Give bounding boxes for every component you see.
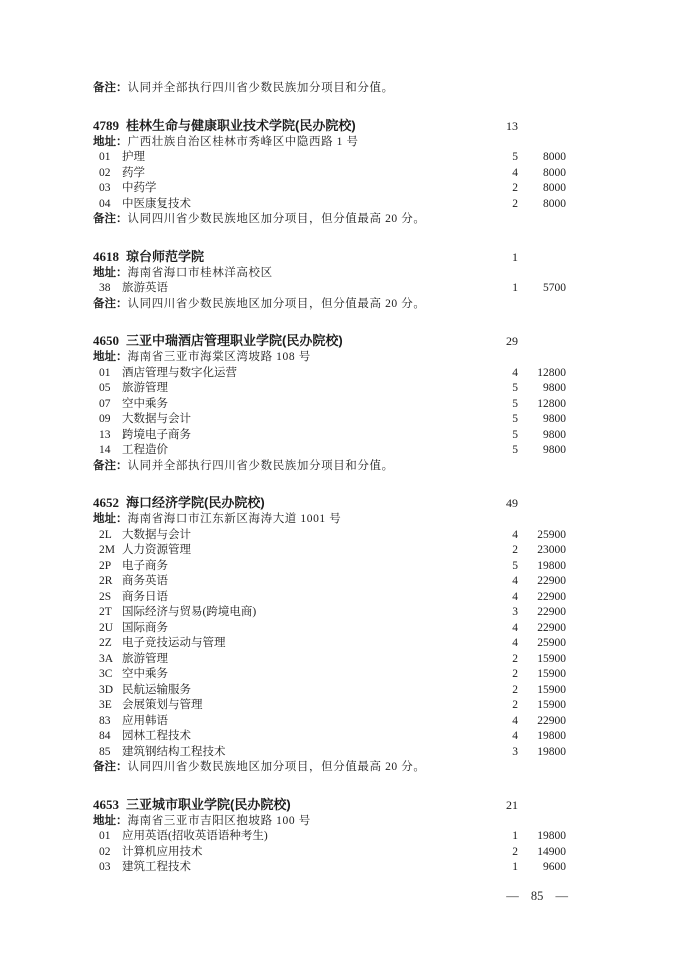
major-row: 01护理 5 8000 [93, 150, 566, 166]
major-fee: 25900 [518, 636, 566, 652]
major-quota: 4 [488, 729, 518, 745]
institution-name: 琼台师范学院 [126, 249, 204, 264]
majors-list: 2L大数据与会计 4 25900 2M人力资源管理 2 23000 2P电子商务… [93, 528, 566, 761]
major-code: 85 [99, 745, 116, 761]
remark-label: 备注： [93, 213, 128, 225]
major-name: 会展策划与管理 [122, 699, 203, 711]
majors-list: 38旅游英语 1 5700 [93, 281, 566, 297]
institution-section: 4652海口经济学院(民办院校) 49 地址：海南省海口市江东新区海涛大道 10… [93, 494, 566, 776]
section-remark: 备注：认同四川省少数民族地区加分项目，但分值最高 20 分。 [93, 297, 566, 313]
major-fee: 22900 [518, 574, 566, 590]
major-quota: 5 [488, 412, 518, 428]
majors-list: 01酒店管理与数字化运营 4 12800 05旅游管理 5 9800 07空中乘… [93, 366, 566, 459]
remark-text: 认同四川省少数民族地区加分项目，但分值最高 20 分。 [128, 213, 426, 225]
major-fee: 8000 [518, 197, 566, 213]
major-row: 2M人力资源管理 2 23000 [93, 543, 566, 559]
major-quota: 5 [488, 381, 518, 397]
major-row: 2R商务英语 4 22900 [93, 574, 566, 590]
major-fee: 8000 [518, 166, 566, 182]
major-title: 2P电子商务 [99, 559, 488, 575]
institution-header: 4653三亚城市职业学院(民办院校) 21 [93, 796, 566, 814]
major-code: 3A [99, 652, 116, 668]
page-number: — 85 — [506, 889, 568, 904]
top-remark-label: 备注： [93, 82, 128, 94]
major-title: 13跨境电子商务 [99, 428, 488, 444]
major-name: 工程造价 [122, 444, 168, 456]
major-quota: 1 [488, 860, 518, 876]
major-code: 09 [99, 412, 116, 428]
address-label: 地址： [93, 351, 128, 363]
major-quota: 2 [488, 181, 518, 197]
section-remark: 备注：认同四川省少数民族地区加分项目，但分值最高 20 分。 [93, 212, 566, 228]
major-row: 83应用韩语 4 22900 [93, 714, 566, 730]
major-row: 02药学 4 8000 [93, 166, 566, 182]
major-quota: 5 [488, 559, 518, 575]
major-code: 01 [99, 150, 116, 166]
remark-text: 认同并全部执行四川省少数民族加分项目和分值。 [128, 460, 394, 472]
major-row: 3A旅游管理 2 15900 [93, 652, 566, 668]
major-code: 05 [99, 381, 116, 397]
major-code: 2L [99, 528, 116, 544]
major-row: 3D民航运输服务 2 15900 [93, 683, 566, 699]
institution-header: 4650三亚中瑞酒店管理职业学院(民办院校) 29 [93, 332, 566, 350]
institution-name: 海口经济学院(民办院校) [126, 495, 265, 510]
major-fee: 19800 [518, 559, 566, 575]
major-name: 中药学 [122, 182, 157, 194]
section-remark: 备注：认同并全部执行四川省少数民族加分项目和分值。 [93, 459, 566, 475]
major-row: 03中药学 2 8000 [93, 181, 566, 197]
major-name: 空中乘务 [122, 668, 168, 680]
institution-name: 桂林生命与健康职业技术学院(民办院校) [126, 118, 356, 133]
major-title: 02计算机应用技术 [99, 845, 488, 861]
major-fee: 23000 [518, 543, 566, 559]
major-quota: 5 [488, 150, 518, 166]
major-code: 83 [99, 714, 116, 730]
major-fee: 15900 [518, 683, 566, 699]
major-name: 电子竞技运动与管理 [122, 637, 226, 649]
major-code: 14 [99, 443, 116, 459]
major-code: 3C [99, 667, 116, 683]
major-row: 2S商务日语 4 22900 [93, 590, 566, 606]
major-row: 2L大数据与会计 4 25900 [93, 528, 566, 544]
major-name: 人力资源管理 [122, 544, 191, 556]
major-fee: 15900 [518, 652, 566, 668]
major-row: 2P电子商务 5 19800 [93, 559, 566, 575]
major-row: 38旅游英语 1 5700 [93, 281, 566, 297]
sections: 4789桂林生命与健康职业技术学院(民办院校) 13 地址：广西壮族自治区桂林市… [93, 117, 566, 876]
major-row: 05旅游管理 5 9800 [93, 381, 566, 397]
major-name: 旅游英语 [122, 282, 168, 294]
major-quota: 3 [488, 605, 518, 621]
major-fee: 12800 [518, 397, 566, 413]
major-code: 03 [99, 860, 116, 876]
institution-total: 21 [488, 797, 518, 814]
major-quota: 2 [488, 845, 518, 861]
major-title: 02药学 [99, 166, 488, 182]
major-fee: 22900 [518, 621, 566, 637]
major-title: 2R商务英语 [99, 574, 488, 590]
institution-title: 4652海口经济学院(民办院校) [93, 494, 488, 511]
institution-total: 49 [488, 495, 518, 512]
major-quota: 2 [488, 197, 518, 213]
institution-section: 4618琼台师范学院 1 地址：海南省海口市桂林洋高校区 38旅游英语 1 57… [93, 248, 566, 313]
institution-address: 地址：海南省海口市江东新区海涛大道 1001 号 [93, 512, 566, 528]
document-page: 备注：认同并全部执行四川省少数民族加分项目和分值。 4789桂林生命与健康职业技… [0, 0, 680, 961]
major-title: 3C空中乘务 [99, 667, 488, 683]
major-code: 2Z [99, 636, 116, 652]
institution-title: 4650三亚中瑞酒店管理职业学院(民办院校) [93, 332, 488, 349]
major-fee: 9800 [518, 381, 566, 397]
major-fee: 12800 [518, 366, 566, 382]
major-row: 13跨境电子商务 5 9800 [93, 428, 566, 444]
major-name: 药学 [122, 167, 145, 179]
major-row: 3E会展策划与管理 2 15900 [93, 698, 566, 714]
major-title: 2L大数据与会计 [99, 528, 488, 544]
address-label: 地址： [93, 136, 128, 148]
major-title: 85建筑钢结构工程技术 [99, 745, 488, 761]
majors-list: 01护理 5 8000 02药学 4 8000 03中药学 2 8000 04中… [93, 150, 566, 212]
major-fee: 8000 [518, 150, 566, 166]
majors-list: 01应用英语(招收英语语种考生) 1 19800 02计算机应用技术 2 149… [93, 829, 566, 876]
major-row: 03建筑工程技术 1 9600 [93, 860, 566, 876]
major-quota: 5 [488, 397, 518, 413]
institution-header: 4652海口经济学院(民办院校) 49 [93, 494, 566, 512]
major-name: 国际经济与贸易(跨境电商) [122, 606, 256, 618]
institution-total: 29 [488, 333, 518, 350]
top-remark-text: 认同并全部执行四川省少数民族加分项目和分值。 [128, 82, 394, 94]
institution-title: 4789桂林生命与健康职业技术学院(民办院校) [93, 117, 488, 134]
major-quota: 1 [488, 829, 518, 845]
institution-total: 13 [488, 118, 518, 135]
major-fee: 25900 [518, 528, 566, 544]
major-quota: 4 [488, 621, 518, 637]
address-text: 海南省海口市桂林洋高校区 [128, 267, 273, 279]
major-code: 2R [99, 574, 116, 590]
major-fee: 19800 [518, 829, 566, 845]
remark-text: 认同四川省少数民族地区加分项目，但分值最高 20 分。 [128, 761, 426, 773]
institution-header: 4789桂林生命与健康职业技术学院(民办院校) 13 [93, 117, 566, 135]
major-fee: 9800 [518, 428, 566, 444]
address-label: 地址： [93, 267, 128, 279]
major-name: 建筑钢结构工程技术 [122, 746, 226, 758]
major-name: 旅游管理 [122, 653, 168, 665]
major-fee: 22900 [518, 605, 566, 621]
major-row: 2U国际商务 4 22900 [93, 621, 566, 637]
major-code: 07 [99, 397, 116, 413]
major-code: 2T [99, 605, 116, 621]
major-quota: 2 [488, 652, 518, 668]
major-title: 05旅游管理 [99, 381, 488, 397]
major-name: 应用英语(招收英语语种考生) [122, 830, 268, 842]
major-row: 02计算机应用技术 2 14900 [93, 845, 566, 861]
major-code: 2P [99, 559, 116, 575]
institution-code: 4789 [93, 118, 119, 133]
institution-address: 地址：海南省三亚市海棠区湾坡路 108 号 [93, 350, 566, 366]
content-area: 备注：认同并全部执行四川省少数民族加分项目和分值。 4789桂林生命与健康职业技… [93, 81, 566, 876]
major-code: 2U [99, 621, 116, 637]
major-name: 商务日语 [122, 591, 168, 603]
major-name: 电子商务 [122, 560, 168, 572]
major-code: 01 [99, 366, 116, 382]
major-code: 02 [99, 845, 116, 861]
major-title: 07空中乘务 [99, 397, 488, 413]
major-name: 护理 [122, 151, 145, 163]
major-quota: 5 [488, 428, 518, 444]
major-name: 建筑工程技术 [122, 861, 191, 873]
major-row: 07空中乘务 5 12800 [93, 397, 566, 413]
major-fee: 19800 [518, 729, 566, 745]
major-title: 01酒店管理与数字化运营 [99, 366, 488, 382]
institution-section: 4789桂林生命与健康职业技术学院(民办院校) 13 地址：广西壮族自治区桂林市… [93, 117, 566, 228]
major-name: 酒店管理与数字化运营 [122, 367, 237, 379]
major-row: 01酒店管理与数字化运营 4 12800 [93, 366, 566, 382]
major-code: 38 [99, 281, 116, 297]
major-row: 04中医康复技术 2 8000 [93, 197, 566, 213]
address-text: 海南省三亚市海棠区湾坡路 108 号 [128, 351, 311, 363]
major-quota: 5 [488, 443, 518, 459]
major-name: 计算机应用技术 [122, 846, 203, 858]
major-fee: 22900 [518, 590, 566, 606]
major-name: 大数据与会计 [122, 413, 191, 425]
major-quota: 3 [488, 745, 518, 761]
institution-code: 4650 [93, 333, 119, 348]
major-title: 38旅游英语 [99, 281, 488, 297]
address-text: 海南省海口市江东新区海涛大道 1001 号 [128, 513, 342, 525]
major-fee: 15900 [518, 667, 566, 683]
major-quota: 4 [488, 590, 518, 606]
major-quota: 2 [488, 543, 518, 559]
major-row: 3C空中乘务 2 15900 [93, 667, 566, 683]
address-text: 广西壮族自治区桂林市秀峰区中隐西路 1 号 [128, 136, 359, 148]
major-fee: 9600 [518, 860, 566, 876]
institution-code: 4618 [93, 249, 119, 264]
major-title: 09大数据与会计 [99, 412, 488, 428]
top-remark: 备注：认同并全部执行四川省少数民族加分项目和分值。 [93, 81, 566, 97]
major-row: 2T国际经济与贸易(跨境电商) 3 22900 [93, 605, 566, 621]
institution-name: 三亚城市职业学院(民办院校) [126, 797, 291, 812]
major-code: 2S [99, 590, 116, 606]
major-code: 04 [99, 197, 116, 213]
major-title: 3E会展策划与管理 [99, 698, 488, 714]
major-fee: 5700 [518, 281, 566, 297]
major-fee: 9800 [518, 412, 566, 428]
major-title: 3A旅游管理 [99, 652, 488, 668]
major-title: 04中医康复技术 [99, 197, 488, 213]
remark-label: 备注： [93, 298, 128, 310]
address-label: 地址： [93, 513, 128, 525]
major-code: 84 [99, 729, 116, 745]
remark-text: 认同四川省少数民族地区加分项目，但分值最高 20 分。 [128, 298, 426, 310]
major-code: 3E [99, 698, 116, 714]
major-quota: 1 [488, 281, 518, 297]
major-row: 85建筑钢结构工程技术 3 19800 [93, 745, 566, 761]
institution-title: 4653三亚城市职业学院(民办院校) [93, 796, 488, 813]
major-title: 03建筑工程技术 [99, 860, 488, 876]
major-title: 2T国际经济与贸易(跨境电商) [99, 605, 488, 621]
major-title: 03中药学 [99, 181, 488, 197]
major-title: 3D民航运输服务 [99, 683, 488, 699]
institution-name: 三亚中瑞酒店管理职业学院(民办院校) [126, 333, 343, 348]
institution-header: 4618琼台师范学院 1 [93, 248, 566, 266]
institution-section: 4650三亚中瑞酒店管理职业学院(民办院校) 29 地址：海南省三亚市海棠区湾坡… [93, 332, 566, 474]
major-quota: 2 [488, 683, 518, 699]
address-text: 海南省三亚市吉阳区抱坡路 100 号 [128, 815, 311, 827]
major-title: 2M人力资源管理 [99, 543, 488, 559]
institution-address: 地址：海南省三亚市吉阳区抱坡路 100 号 [93, 814, 566, 830]
institution-title: 4618琼台师范学院 [93, 248, 488, 265]
remark-label: 备注： [93, 460, 128, 472]
major-name: 跨境电子商务 [122, 429, 191, 441]
major-code: 03 [99, 181, 116, 197]
major-title: 84园林工程技术 [99, 729, 488, 745]
major-code: 3D [99, 683, 116, 699]
major-title: 2S商务日语 [99, 590, 488, 606]
major-name: 园林工程技术 [122, 730, 191, 742]
major-name: 空中乘务 [122, 398, 168, 410]
major-fee: 14900 [518, 845, 566, 861]
major-row: 14工程造价 5 9800 [93, 443, 566, 459]
major-title: 01应用英语(招收英语语种考生) [99, 829, 488, 845]
major-name: 民航运输服务 [122, 684, 191, 696]
major-code: 13 [99, 428, 116, 444]
major-row: 84园林工程技术 4 19800 [93, 729, 566, 745]
major-quota: 4 [488, 528, 518, 544]
remark-label: 备注： [93, 761, 128, 773]
major-title: 2Z电子竞技运动与管理 [99, 636, 488, 652]
institution-address: 地址：海南省海口市桂林洋高校区 [93, 266, 566, 282]
major-name: 商务英语 [122, 575, 168, 587]
major-code: 2M [99, 543, 116, 559]
major-title: 2U国际商务 [99, 621, 488, 637]
major-name: 中医康复技术 [122, 198, 191, 210]
institution-section: 4653三亚城市职业学院(民办院校) 21 地址：海南省三亚市吉阳区抱坡路 10… [93, 796, 566, 876]
section-remark: 备注：认同四川省少数民族地区加分项目，但分值最高 20 分。 [93, 760, 566, 776]
major-quota: 4 [488, 714, 518, 730]
major-fee: 8000 [518, 181, 566, 197]
institution-code: 4653 [93, 797, 119, 812]
institution-address: 地址：广西壮族自治区桂林市秀峰区中隐西路 1 号 [93, 135, 566, 151]
major-row: 01应用英语(招收英语语种考生) 1 19800 [93, 829, 566, 845]
institution-total: 1 [488, 249, 518, 266]
major-code: 02 [99, 166, 116, 182]
major-name: 国际商务 [122, 622, 168, 634]
address-label: 地址： [93, 815, 128, 827]
major-title: 14工程造价 [99, 443, 488, 459]
major-quota: 4 [488, 166, 518, 182]
major-quota: 4 [488, 636, 518, 652]
major-quota: 4 [488, 366, 518, 382]
major-name: 旅游管理 [122, 382, 168, 394]
major-quota: 2 [488, 698, 518, 714]
major-name: 大数据与会计 [122, 529, 191, 541]
major-fee: 9800 [518, 443, 566, 459]
major-title: 83应用韩语 [99, 714, 488, 730]
major-row: 2Z电子竞技运动与管理 4 25900 [93, 636, 566, 652]
major-quota: 2 [488, 667, 518, 683]
major-code: 01 [99, 829, 116, 845]
major-fee: 19800 [518, 745, 566, 761]
institution-code: 4652 [93, 495, 119, 510]
major-fee: 15900 [518, 698, 566, 714]
major-quota: 4 [488, 574, 518, 590]
major-name: 应用韩语 [122, 715, 168, 727]
major-fee: 22900 [518, 714, 566, 730]
major-row: 09大数据与会计 5 9800 [93, 412, 566, 428]
major-title: 01护理 [99, 150, 488, 166]
